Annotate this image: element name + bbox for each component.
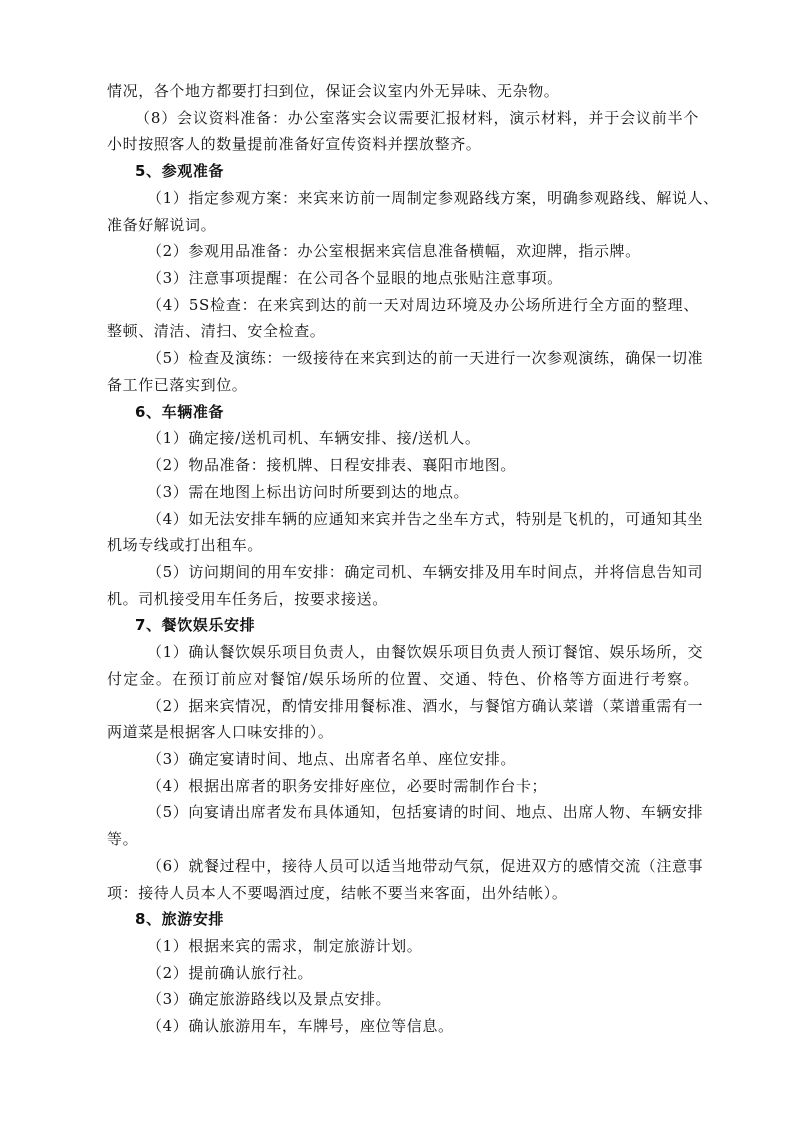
list-item-line: 整顿、清洁、清扫、安全检查。 bbox=[107, 318, 699, 345]
list-item-line: （1）确认餐饮娱乐项目负责人，由餐饮娱乐项目负责人预订餐馆、娱乐场所，交 bbox=[107, 639, 699, 666]
paragraph-line: （8）会议资料准备：办公室落实会议需要汇报材料，演示材料，并于会议前半个 bbox=[107, 105, 699, 132]
list-item-line: 等。 bbox=[107, 826, 699, 853]
list-item-line: 两道菜是根据客人口味安排的）。 bbox=[107, 719, 699, 746]
list-item-line: （2）提前确认旅行社。 bbox=[107, 960, 699, 987]
list-item-line: （5）向宴请出席者发布具体通知，包括宴请的时间、地点、出席人物、车辆安排 bbox=[107, 799, 699, 826]
paragraph-line: 小时按照客人的数量提前准备好宣传资料并摆放整齐。 bbox=[107, 131, 699, 158]
list-item-line: （4）确认旅游用车，车牌号，座位等信息。 bbox=[107, 1013, 699, 1040]
list-item-line: （3）确定宴请时间、地点、出席者名单、座位安排。 bbox=[107, 746, 699, 773]
list-item-line: （1）确定接/送机司机、车辆安排、接/送机人。 bbox=[107, 425, 699, 452]
list-item-line: （5）访问期间的用车安排：确定司机、车辆安排及用车时间点，并将信息告知司 bbox=[107, 559, 699, 586]
list-item-line: （3）需在地图上标出访问时所要到达的地点。 bbox=[107, 479, 699, 506]
list-item-line: （4）如无法安排车辆的应通知来宾并告之坐车方式，特别是飞机的，可通知其坐 bbox=[107, 506, 699, 533]
list-item-line: （1）根据来宾的需求，制定旅游计划。 bbox=[107, 933, 699, 960]
list-item-line: （1）指定参观方案：来宾来访前一周制定参观路线方案，明确参观路线、解说人、 bbox=[107, 185, 699, 212]
paragraph-line: 情况，各个地方都要打扫到位，保证会议室内外无异味、无杂物。 bbox=[107, 78, 699, 105]
list-item-line: （6）就餐过程中，接待人员可以适当地带动气氛，促进双方的感情交流（注意事 bbox=[107, 853, 699, 880]
list-item-line: （2）物品准备：接机牌、日程安排表、襄阳市地图。 bbox=[107, 452, 699, 479]
list-item-line: 备工作已落实到位。 bbox=[107, 372, 699, 399]
list-item-line: 项：接待人员本人不要喝酒过度，结帐不要当来客面，出外结帐）。 bbox=[107, 880, 699, 907]
list-item-line: （3）确定旅游路线以及景点安排。 bbox=[107, 986, 699, 1013]
list-item-line: （3）注意事项提醒：在公司各个显眼的地点张贴注意事项。 bbox=[107, 265, 699, 292]
document-page: 情况，各个地方都要打扫到位，保证会议室内外无异味、无杂物。 （8）会议资料准备：… bbox=[107, 78, 699, 1040]
list-item-line: （4）5S检查：在来宾到达的前一天对周边环境及办公场所进行全方面的整理、 bbox=[107, 292, 699, 319]
list-item-line: （4）根据出席者的职务安排好座位，必要时需制作台卡； bbox=[107, 773, 699, 800]
list-item-line: 准备好解说词。 bbox=[107, 212, 699, 239]
section-heading: 8、旅游安排 bbox=[107, 906, 699, 933]
list-item-line: 机场专线或打出租车。 bbox=[107, 532, 699, 559]
list-item-line: 机。司机接受用车任务后，按要求接送。 bbox=[107, 586, 699, 613]
section-heading: 7、餐饮娱乐安排 bbox=[107, 612, 699, 639]
list-item-line: 付定金。在预订前应对餐馆/娱乐场所的位置、交通、特色、价格等方面进行考察。 bbox=[107, 666, 699, 693]
list-item-line: （2）据来宾情况，酌情安排用餐标准、酒水，与餐馆方确认菜谱（菜谱重需有一 bbox=[107, 693, 699, 720]
list-item-line: （2）参观用品准备：办公室根据来宾信息准备横幅，欢迎牌，指示牌。 bbox=[107, 238, 699, 265]
list-item-line: （5）检查及演练：一级接待在来宾到达的前一天进行一次参观演练，确保一切准 bbox=[107, 345, 699, 372]
section-heading: 5、参观准备 bbox=[107, 158, 699, 185]
section-heading: 6、车辆准备 bbox=[107, 399, 699, 426]
